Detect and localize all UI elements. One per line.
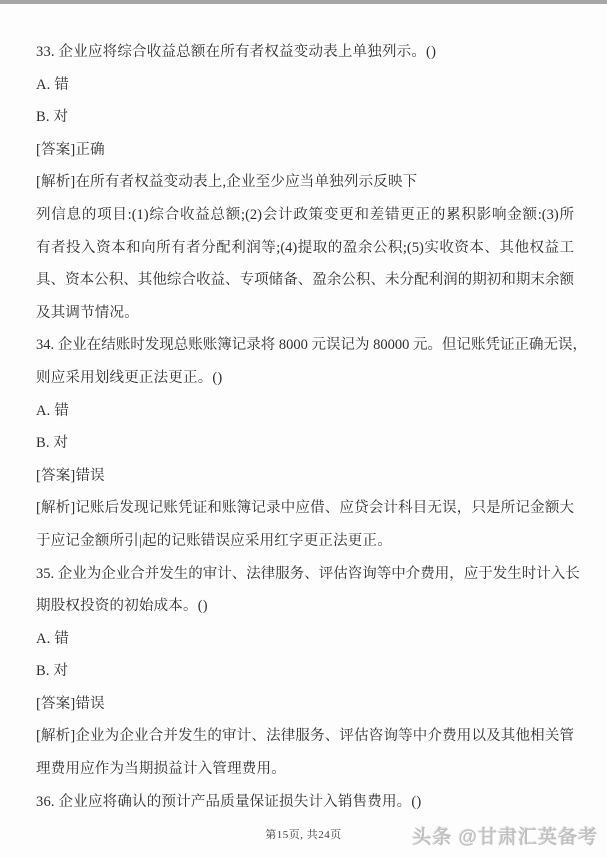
q35-analysis-line-1: [解析]企业为企业合并发生的审计、法律服务、评估咨询等中介费用以及其他相关管 <box>36 720 574 753</box>
q34-answer-line: [答案]错误 <box>36 460 574 493</box>
q35-option-b: B. 对 <box>36 655 574 688</box>
document-content: 33. 企业应将综合收益总额在所有者权益变动表上单独列示。() A. 错 B. … <box>36 36 574 818</box>
q33-answer-line: [答案]正确 <box>36 134 574 167</box>
q33-analysis-line-1: [解析]在所有者权益变动表上,企业至少应当单独列示反映下 <box>36 166 574 199</box>
q33-analysis-line-3: 有者投入资本和向所有者分配利润等;(4)提取的盈余公积;(5)实收资本、其他权益… <box>36 232 574 265</box>
q34-analysis-line-2: 于应记金额所引|起的记账错误应采用红字更正法更正。 <box>36 525 574 558</box>
q33-analysis-line-4: 具、资本公积、其他综合收益、专项储备、盈余公积、未分配利润的期初和期末余额 <box>36 264 574 297</box>
watermark-text: 头条 @甘肃汇英备考 <box>412 822 598 849</box>
q35-answer-line: [答案]错误 <box>36 688 574 721</box>
q33-analysis-line-2: 列信息的项目:(1)综合收益总额;(2)会计政策变更和差错更正的累积影响金额:(… <box>36 199 574 232</box>
q36-stem-line: 36. 企业应将确认的预计产品质量保证损失计入销售费用。() <box>36 786 574 819</box>
q34-stem-line-1: 34. 企业在结账时发现总账账簿记录将 8000 元误记为 80000 元。但记… <box>36 329 574 362</box>
q34-option-a: A. 错 <box>36 395 574 428</box>
q34-option-b: B. 对 <box>36 427 574 460</box>
q33-stem-line: 33. 企业应将综合收益总额在所有者权益变动表上单独列示。() <box>36 36 574 69</box>
q35-stem-line-1: 35. 企业为企业合并发生的审计、法律服务、评估咨询等中介费用，应于发生时计入长 <box>36 558 574 591</box>
top-scan-edge <box>0 0 607 4</box>
q35-analysis-line-2: 理费用应作为当期损益计入管理费用。 <box>36 753 574 786</box>
q33-analysis-line-5: 及其调节情况。 <box>36 297 574 330</box>
q35-stem-line-2: 期股权投资的初始成本。() <box>36 590 574 623</box>
document-page: 33. 企业应将综合收益总额在所有者权益变动表上单独列示。() A. 错 B. … <box>0 0 607 858</box>
q34-stem-line-2: 则应采用划线更正法更正。() <box>36 362 574 395</box>
q33-option-b: B. 对 <box>36 101 574 134</box>
q35-option-a: A. 错 <box>36 623 574 656</box>
q33-option-a: A. 错 <box>36 69 574 102</box>
q34-analysis-line-1: [解析]记账后发现记账凭证和账簿记录中应借、应贷会计科目无误，只是所记金额大 <box>36 492 574 525</box>
